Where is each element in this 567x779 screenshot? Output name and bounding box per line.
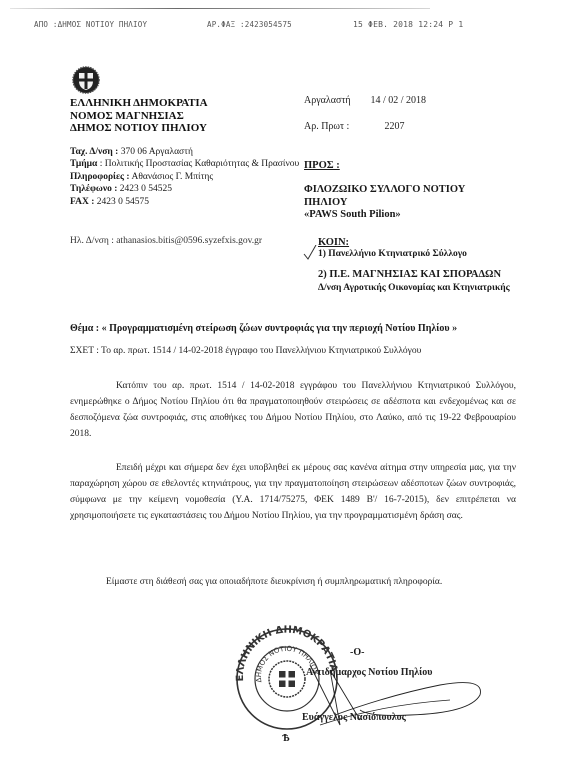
recipient-line-1: ΦΙΛΟΖΩΙΚΟ ΣΥΛΛΟΓΟ ΝΟΤΙΟΥ xyxy=(304,184,524,197)
letterhead: ΕΛΛΗΝΙΚΗ ΔΗΜΟΚΡΑΤΙΑ ΝΟΜΟΣ ΜΑΓΝΗΣΙΑΣ ΔΗΜΟ… xyxy=(70,97,208,135)
recipient-line-3: «PAWS South Pilion» xyxy=(304,209,524,222)
sender-department: Τμήμα : Πολιτικής Προστασίας Καθαριότητα… xyxy=(70,158,300,170)
checkmark-icon xyxy=(303,245,319,261)
letterhead-line-2: ΝΟΜΟΣ ΜΑΓΝΗΣΙΑΣ xyxy=(70,110,208,123)
reference-line: ΣΧΕΤ : Το αρ. πρωτ. 1514 / 14-02-2018 έγ… xyxy=(70,346,421,356)
sender-info: Πληροφορίες : Αθανάσιος Γ. Μπίτης xyxy=(70,171,300,183)
cc-item-2-subtitle: Δ/νση Αγροτικής Οικονομίας και Κτηνιατρι… xyxy=(318,282,528,295)
letterhead-line-1: ΕΛΛΗΝΙΚΗ ΔΗΜΟΚΡΑΤΙΑ xyxy=(70,97,208,110)
body-paragraph-2: Επειδή μέχρι και σήμερα δεν έχει υποβληθ… xyxy=(70,460,516,524)
protocol-value: 2207 xyxy=(385,121,405,132)
place-label: Αργαλαστή xyxy=(304,95,362,106)
cc-item-2: 2) Π.Ε. ΜΑΓΝΗΣΙΑΣ ΚΑΙ ΣΠΟΡΑΔΩΝ Δ/νση Αγρ… xyxy=(318,269,528,294)
letterhead-line-3: ΔΗΜΟΣ ΝΟΤΙΟΥ ΠΗΛΙΟΥ xyxy=(70,122,208,135)
protocol-number: Αρ. Πρωτ : 2207 xyxy=(304,121,405,132)
sender-fax: FAX : 2423 0 54575 xyxy=(70,196,300,208)
fax-from: ΑΠΟ :ΔΗΜΟΣ ΝΟΤΙΟΥ ΠΗΛΙΟΥ xyxy=(34,20,147,29)
recipient-label: ΠΡΟΣ : xyxy=(304,160,340,171)
recipient-line-2: ΠΗΛΙΟΥ xyxy=(304,197,524,210)
fax-header: ΑΠΟ :ΔΗΜΟΣ ΝΟΤΙΟΥ ΠΗΛΙΟΥ ΑΡ.ΦΑΞ :2423054… xyxy=(0,0,567,30)
handwritten-signature-icon xyxy=(300,655,500,735)
cc-item-2-title: 2) Π.Ε. ΜΑΓΝΗΣΙΑΣ ΚΑΙ ΣΠΟΡΑΔΩΝ xyxy=(318,269,528,282)
subject-line: Θέμα : « Προγραμματισμένη στείρωση ζώων … xyxy=(70,323,540,334)
document-date: Αργαλαστή 14 / 02 / 2018 xyxy=(304,95,426,106)
fax-datetime: 15 ΦΕΒ. 2018 12:24 P 1 xyxy=(353,20,463,29)
sender-details: Ταχ. Δ/νση : 370 06 Αργαλαστή Τμήμα : Πο… xyxy=(70,146,300,208)
stamp-mark: Ѣ xyxy=(282,733,290,744)
recipient: ΦΙΛΟΖΩΙΚΟ ΣΥΛΛΟΓΟ ΝΟΤΙΟΥ ΠΗΛΙΟΥ «PAWS So… xyxy=(304,184,524,222)
fax-number: ΑΡ.ΦΑΞ :2423054575 xyxy=(207,20,292,29)
sender-address: Ταχ. Δ/νση : 370 06 Αργαλαστή xyxy=(70,146,300,158)
date-value: 14 / 02 / 2018 xyxy=(371,95,427,106)
sender-email: Ηλ. Δ/νση : athanasios.bitis@0596.syzefx… xyxy=(70,236,262,246)
closing-line: Είμαστε στη διάθεσή σας για οποιαδήποτε … xyxy=(106,577,442,587)
cc-item-1: 1) Πανελλήνιο Κτηνιατρικό Σύλλογο xyxy=(318,249,467,259)
protocol-label: Αρ. Πρωτ : xyxy=(304,121,362,132)
fax-rule xyxy=(10,8,430,9)
sender-phone: Τηλέφωνο : 2423 0 54525 xyxy=(70,183,300,195)
cc-label: ΚΟΙΝ: xyxy=(318,237,349,248)
greek-coat-of-arms-icon xyxy=(72,66,100,94)
body-paragraph-1: Κατόπιν του αρ. πρωτ. 1514 / 14-02-2018 … xyxy=(70,378,516,442)
signatory-name: Ευάγγελος Νασιόπουλος xyxy=(302,712,406,723)
